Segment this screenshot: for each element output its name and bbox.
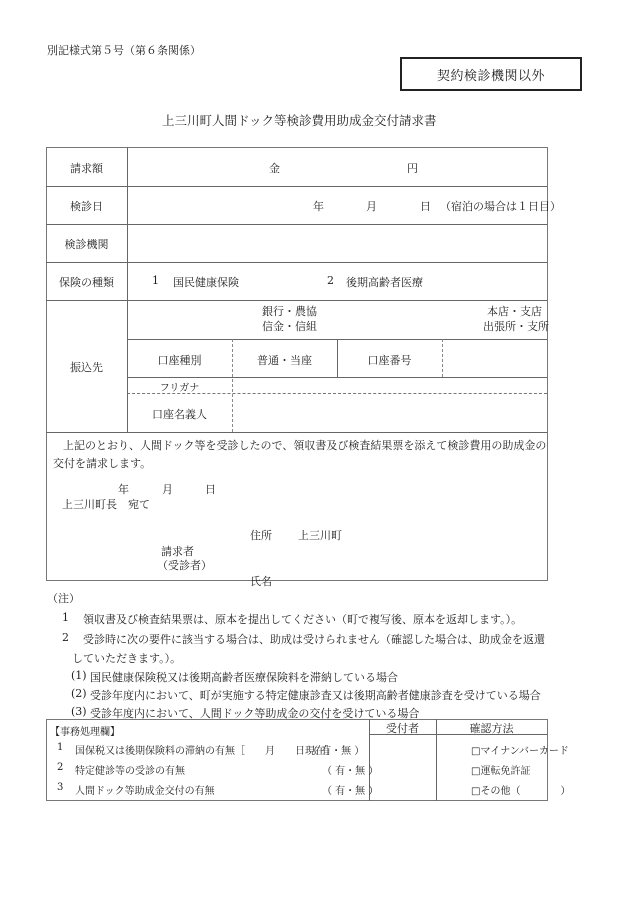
name-field[interactable] xyxy=(280,567,540,581)
office-item-1-text: 国保税又は後期保険料の滞納の有無［ 月 日現在］ xyxy=(75,742,335,757)
notes-heading: （注） xyxy=(47,590,80,606)
declaration-year: 年 xyxy=(118,481,129,497)
office-item-1-number: 1 xyxy=(57,742,63,753)
verification-label: 確認方法 xyxy=(436,720,547,736)
column-divider xyxy=(442,339,443,377)
row-divider xyxy=(46,262,547,263)
insurance-option-1[interactable]: 国民健康保険 xyxy=(173,274,239,290)
declaration-line1: 上記のとおり、人間ドック等を受診したので、領収書及び検査結果票を添えて検診費用の… xyxy=(63,437,546,453)
furigana-field[interactable] xyxy=(234,379,545,392)
address-value: 上三川町 xyxy=(298,527,342,543)
insurance-option-2[interactable]: 後期高齢者医療 xyxy=(346,274,423,290)
declaration-day: 日 xyxy=(205,481,216,497)
claim-amount-label: 請求額 xyxy=(46,160,127,176)
claim-amount-field[interactable] xyxy=(285,155,400,177)
sub-note-3-number: (3) xyxy=(71,705,87,718)
exam-month-unit: 月 xyxy=(366,198,377,214)
office-item-2-text: 特定健診等の受診の有無 xyxy=(75,762,185,777)
exam-date-label: 検診日 xyxy=(46,198,127,214)
receiver-field[interactable] xyxy=(371,737,434,799)
insurance-option-1-number: 1 xyxy=(152,274,159,287)
note-1-number: 1 xyxy=(62,611,69,624)
row-divider xyxy=(46,432,547,433)
exam-date-field[interactable] xyxy=(230,193,310,215)
insurance-option-2-number: 2 xyxy=(327,274,334,287)
requester-sub-label: （受診者） xyxy=(157,557,212,573)
account-holder-field[interactable] xyxy=(234,395,545,430)
receiver-label: 受付者 xyxy=(369,720,436,736)
sub-note-1-number: (1) xyxy=(71,669,87,682)
bank-type-line1[interactable]: 銀行・農協 xyxy=(262,303,317,319)
bank-type-line2[interactable]: 信金・信組 xyxy=(262,318,317,334)
office-heading: 【事務処理欄】 xyxy=(50,723,120,738)
exam-institution-field[interactable] xyxy=(130,227,544,260)
office-item-3-text: 人間ドック等助成金交付の有無 xyxy=(75,782,215,797)
office-item-2-number: 2 xyxy=(57,762,63,773)
declaration-month: 月 xyxy=(162,481,173,497)
note-2-text: 受診時に次の要件に該当する場合は、助成は受けられません（確認した場合は、助成金を… xyxy=(83,631,545,647)
name-label: 氏名 xyxy=(250,573,272,589)
note-2-continuation: していただきます。）。 xyxy=(72,650,181,666)
transfer-destination-label: 振込先 xyxy=(46,359,127,375)
exam-date-note: （宿泊の場合は１日目） xyxy=(440,198,561,214)
row-divider xyxy=(46,300,547,301)
exam-day-unit: 日 xyxy=(420,198,431,214)
furigana-label: フリガナ xyxy=(127,379,232,394)
stamp-box: 契約検診機関以外 xyxy=(400,57,582,91)
office-item-3-choice[interactable]: （ 有・無 ） xyxy=(322,782,378,797)
page-title: 上三川町人間ドック等検診費用助成金交付請求書 xyxy=(162,111,437,129)
addressee: 上三川町長 宛て xyxy=(62,496,150,512)
insurance-type-label: 保険の種類 xyxy=(46,274,127,290)
exam-year-unit: 年 xyxy=(313,198,324,214)
branch-name-field[interactable] xyxy=(330,302,480,337)
form-number: 別記様式第５号（第６条関係） xyxy=(47,42,201,58)
amount-suffix: 円 xyxy=(407,160,418,176)
office-item-1-choice[interactable]: （ 有・無 ） xyxy=(308,742,364,757)
address-label: 住所 xyxy=(250,527,272,543)
account-type-label: 口座種別 xyxy=(127,352,232,368)
row-divider xyxy=(46,186,547,187)
note-2-number: 2 xyxy=(62,631,69,644)
stamp-label: 契約検診機関以外 xyxy=(437,65,545,84)
bank-name-field[interactable] xyxy=(130,302,255,337)
declaration-line2: 交付を請求します。 xyxy=(53,455,151,471)
verify-option-other[interactable]: □その他（ ） xyxy=(471,782,570,797)
account-number-label: 口座番号 xyxy=(337,352,442,368)
office-item-2-choice[interactable]: （ 有・無 ） xyxy=(322,762,378,777)
account-type-value[interactable]: 普通・当座 xyxy=(232,352,337,368)
sub-note-2-number: (2) xyxy=(71,687,87,700)
amount-prefix: 金 xyxy=(269,160,280,176)
verify-option-drivers-license[interactable]: □運転免許証 xyxy=(471,762,530,777)
verify-option-my-number-card[interactable]: □マイナンバーカード xyxy=(471,742,569,757)
row-divider xyxy=(46,224,547,225)
sub-note-1-text: 国民健康保険税又は後期高齢者医療保険料を滞納している場合 xyxy=(90,669,398,685)
branch-type-line2[interactable]: 出張所・支所 xyxy=(483,318,549,334)
sub-note-2-text: 受診年度内において、町が実施する特定健康診査又は後期高齢者健康診査を受けている場… xyxy=(90,687,541,703)
office-item-3-number: 3 xyxy=(57,782,63,793)
address-field[interactable] xyxy=(345,523,540,543)
row-divider xyxy=(127,377,547,378)
branch-type-line1[interactable]: 本店・支店 xyxy=(487,303,542,319)
exam-institution-label: 検診機関 xyxy=(46,236,127,252)
account-holder-label: 口座名義人 xyxy=(127,406,232,422)
account-number-field[interactable] xyxy=(444,341,545,376)
note-1-text: 領収書及び検査結果票は、原本を提出してください（町で複写後、原本を返却します。）… xyxy=(83,611,522,627)
